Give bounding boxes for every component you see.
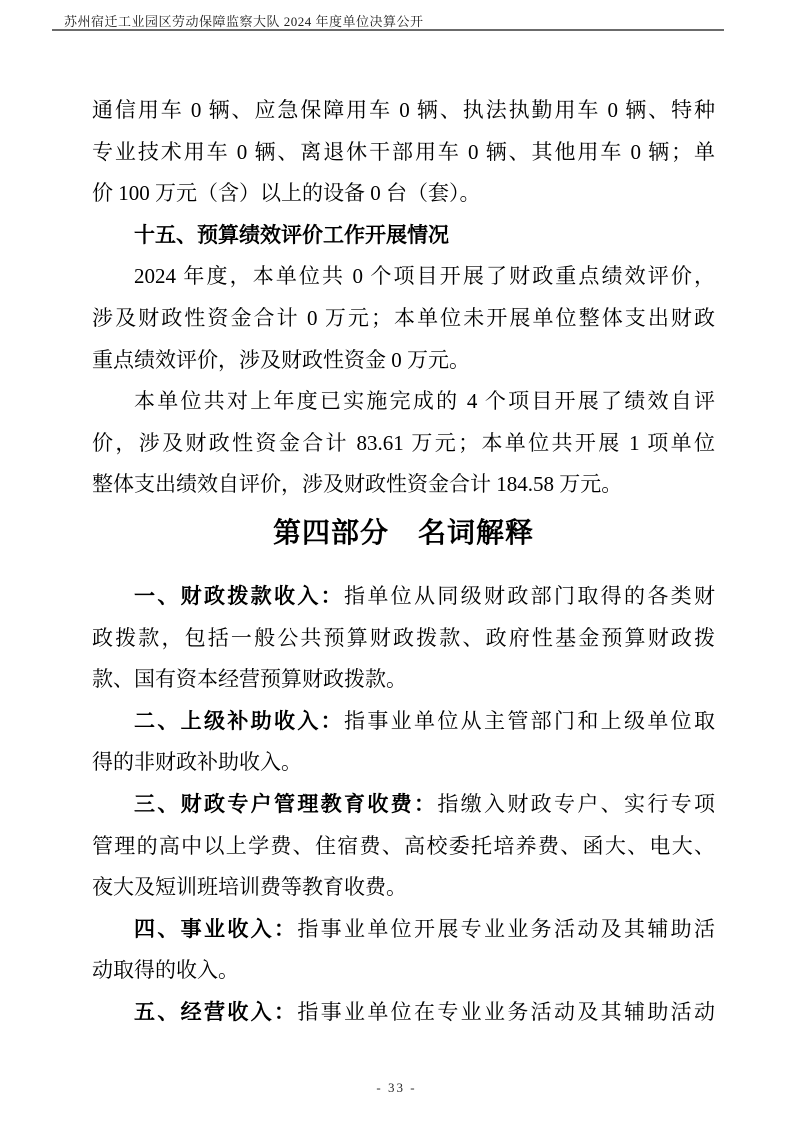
text-run: 通信用车 0 辆、应急保障用车 0 辆、执法执勤用车 0 辆、特种 xyxy=(92,98,715,122)
section-title: 第四部分 名词解释 xyxy=(92,510,715,558)
bold-text-run: 五、经营收入： xyxy=(134,1000,297,1024)
paragraph-line: 动取得的收入。 xyxy=(92,950,715,992)
paragraph-line: 价，涉及财政性资金合计 83.61 万元；本单位共开展 1 项单位 xyxy=(92,423,715,465)
text-run: 夜大及短训班培训费等教育收费。 xyxy=(92,875,407,899)
paragraph-line: 五、经营收入：指事业单位在专业业务活动及其辅助活动 xyxy=(92,992,715,1034)
document-page: 苏州宿迁工业园区劳动保障监察大队 2024 年度单位决算公开 通信用车 0 辆、… xyxy=(0,0,793,1122)
paragraph-line: 整体支出绩效自评价，涉及财政性资金合计 184.58 万元。 xyxy=(92,464,715,506)
bold-text-run: 二、上级补助收入： xyxy=(134,709,344,733)
text-run: 指事业单位开展专业业务活动及其辅助活 xyxy=(297,917,715,941)
paragraph-line: 通信用车 0 辆、应急保障用车 0 辆、执法执勤用车 0 辆、特种 xyxy=(92,90,715,132)
text-run: 动取得的收入。 xyxy=(92,958,239,982)
bold-text-run: 四、事业收入： xyxy=(134,917,297,941)
text-run: 政拨款，包括一般公共预算财政拨款、政府性基金预算财政拨 xyxy=(92,626,715,650)
page-header-title: 苏州宿迁工业园区劳动保障监察大队 2024 年度单位决算公开 xyxy=(64,11,424,30)
paragraph-line: 四、事业收入：指事业单位开展专业业务活动及其辅助活 xyxy=(92,909,715,951)
paragraph-line: 二、上级补助收入：指事业单位从主管部门和上级单位取 xyxy=(92,701,715,743)
text-run: 指缴入财政专户、实行专项 xyxy=(437,792,715,816)
text-run: 得的非财政补助收入。 xyxy=(92,750,302,774)
paragraph-line: 价 100 万元（含）以上的设备 0 台（套）。 xyxy=(92,173,715,215)
text-run: 专业技术用车 0 辆、离退休干部用车 0 辆、其他用车 0 辆；单 xyxy=(92,140,715,164)
text-run: 管理的高中以上学费、住宿费、高校委托培养费、函大、电大、 xyxy=(92,834,715,858)
bold-text-run: 十五、预算绩效评价工作开展情况 xyxy=(134,223,449,247)
bold-text-run: 一、财政拨款收入： xyxy=(134,584,344,608)
text-run: 指事业单位在专业业务活动及其辅助活动 xyxy=(297,1000,715,1024)
paragraph-line: 2024 年度，本单位共 0 个项目开展了财政重点绩效评价， xyxy=(92,256,715,298)
heading-line: 十五、预算绩效评价工作开展情况 xyxy=(92,215,715,257)
paragraph-line: 款、国有资本经营预算财政拨款。 xyxy=(92,659,715,701)
text-run: 2024 年度，本单位共 0 个项目开展了财政重点绩效评价， xyxy=(134,264,715,288)
document-content: 通信用车 0 辆、应急保障用车 0 辆、执法执勤用车 0 辆、特种专业技术用车 … xyxy=(92,90,715,1033)
text-run: 价 100 万元（含）以上的设备 0 台（套）。 xyxy=(92,181,481,205)
paragraph-line: 管理的高中以上学费、住宿费、高校委托培养费、函大、电大、 xyxy=(92,826,715,868)
text-run: 指单位从同级财政部门取得的各类财 xyxy=(344,584,715,608)
paragraph-line: 涉及财政性资金合计 0 万元；本单位未开展单位整体支出财政 xyxy=(92,298,715,340)
text-run: 整体支出绩效自评价，涉及财政性资金合计 184.58 万元。 xyxy=(92,472,622,496)
text-run: 款、国有资本经营预算财政拨款。 xyxy=(92,667,407,691)
paragraph-line: 本单位共对上年度已实施完成的 4 个项目开展了绩效自评 xyxy=(92,381,715,423)
paragraph-line: 夜大及短训班培训费等教育收费。 xyxy=(92,867,715,909)
paragraph-line: 三、财政专户管理教育收费：指缴入财政专户、实行专项 xyxy=(92,784,715,826)
bold-text-run: 三、财政专户管理教育收费： xyxy=(134,792,437,816)
text-run: 价，涉及财政性资金合计 83.61 万元；本单位共开展 1 项单位 xyxy=(92,431,715,455)
paragraph-line: 重点绩效评价，涉及财政性资金 0 万元。 xyxy=(92,340,715,382)
text-run: 重点绩效评价，涉及财政性资金 0 万元。 xyxy=(92,348,470,372)
section-title-text: 第四部分 名词解释 xyxy=(273,518,534,549)
paragraph-line: 一、财政拨款收入：指单位从同级财政部门取得的各类财 xyxy=(92,576,715,618)
text-run: 涉及财政性资金合计 0 万元；本单位未开展单位整体支出财政 xyxy=(92,306,715,330)
page-number: - 33 - xyxy=(0,1080,793,1096)
paragraph-line: 政拨款，包括一般公共预算财政拨款、政府性基金预算财政拨 xyxy=(92,618,715,660)
text-run: 指事业单位从主管部门和上级单位取 xyxy=(344,709,715,733)
text-run: 本单位共对上年度已实施完成的 4 个项目开展了绩效自评 xyxy=(134,389,715,413)
paragraph-line: 专业技术用车 0 辆、离退休干部用车 0 辆、其他用车 0 辆；单 xyxy=(92,132,715,174)
paragraph-line: 得的非财政补助收入。 xyxy=(92,742,715,784)
header-rule xyxy=(52,29,724,31)
